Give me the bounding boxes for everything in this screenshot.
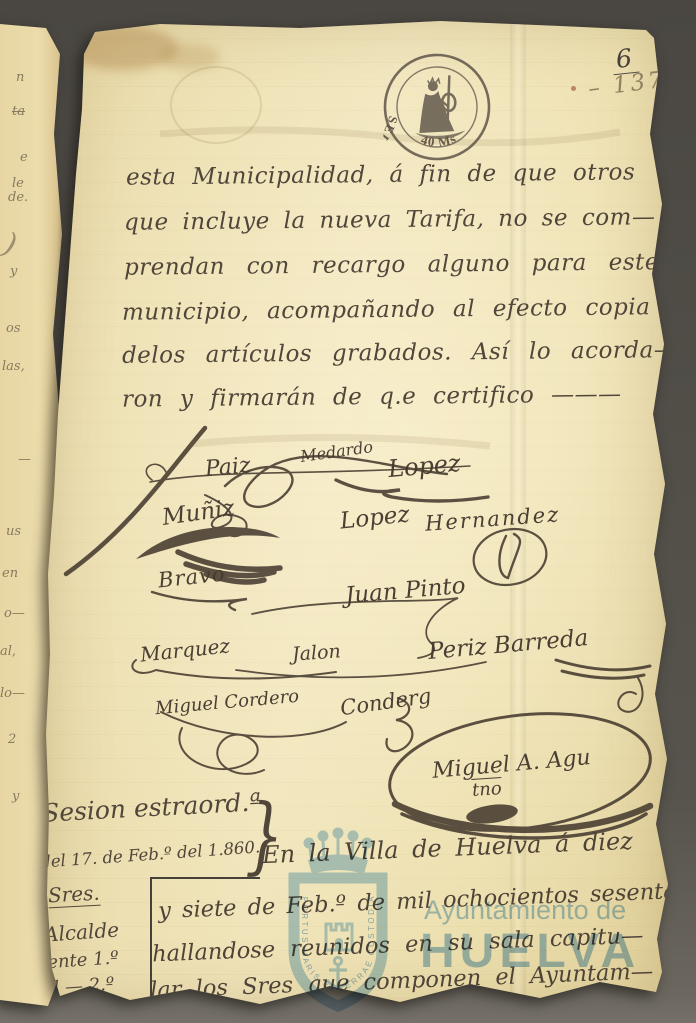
page-edge-fragment: y: [10, 264, 17, 279]
page-edge-fragment: lo—: [0, 686, 25, 701]
page-edge-fragment: en: [2, 566, 18, 581]
page-edge-fragment: 2: [8, 732, 16, 747]
page-edge-fragment: —: [18, 452, 31, 467]
page-edge-fragment: de.: [8, 190, 28, 205]
attendee-label: Sres.: [47, 881, 100, 909]
brace: }: [245, 785, 285, 885]
page-edge-fragment: ): [0, 226, 21, 263]
page-edge-fragment: us: [6, 524, 21, 539]
page-edge-fragment: o—: [4, 606, 25, 621]
page-edge-fragment: os: [6, 321, 21, 336]
page-edge-fragment: ta: [12, 104, 25, 119]
manuscript-page: 6 – 137 – SELLO 4.º AÑO 1860. 40 Ms: [40, 14, 670, 1012]
page-edge-fragment: al,: [0, 644, 16, 659]
page-edge-fragment: e: [20, 150, 28, 165]
page-edge-fragment: le: [12, 176, 24, 191]
page-edge-fragment: las,: [2, 359, 25, 374]
document-scan: n ta e le de. ) y os las, — us en o— al,…: [0, 0, 696, 1023]
page-edge-fragment: n: [16, 70, 24, 85]
page-edge-fragment: y: [12, 789, 19, 804]
ink-bleedthrough: [160, 130, 620, 446]
